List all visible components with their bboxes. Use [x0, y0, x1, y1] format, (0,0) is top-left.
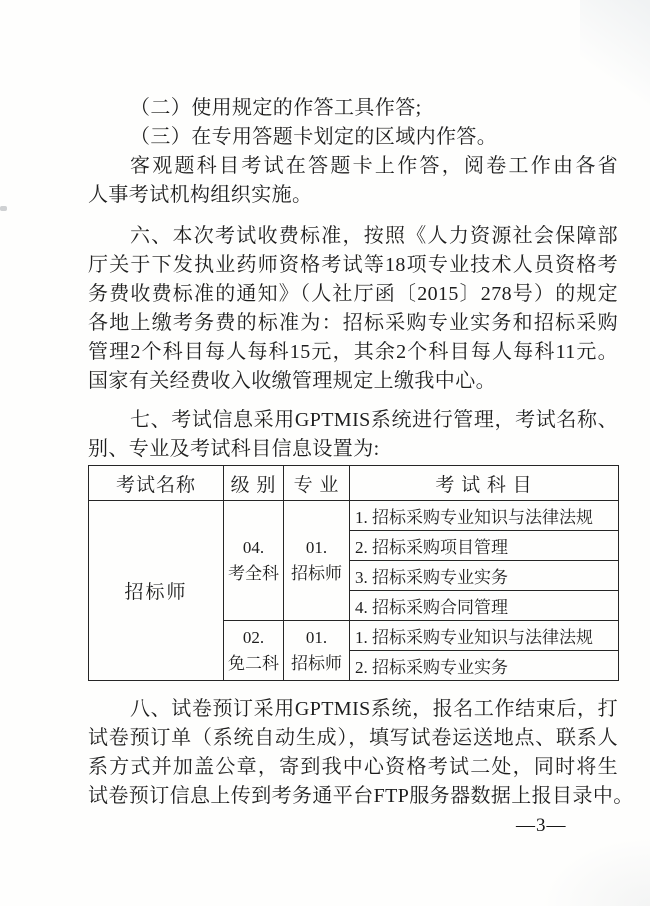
subject-cell: 4. 招标采购合同管理 — [350, 591, 619, 621]
text-line: （二）使用规定的作答工具作答; — [88, 94, 618, 123]
text-line: 厅关于下发执业药师资格考试等18项专业技术人员资格考试考 — [88, 251, 618, 280]
subject-cell: 2. 招标采购专业实务 — [350, 651, 619, 681]
text-line: 人事考试机构组织实施。 — [88, 181, 618, 210]
text-line: 六、本次考试收费标准，按照《人力资源社会保障部办公 — [88, 222, 618, 251]
subject-cell: 1. 招标采购专业知识与法律法规 — [350, 501, 619, 531]
table-header-row: 考试名称 级 别 专 业 考 试 科 目 — [89, 466, 619, 501]
col-header-level: 级 别 — [224, 466, 284, 501]
major-code: 01. — [284, 625, 349, 651]
paragraph-fee-standard: 六、本次考试收费标准，按照《人力资源社会保障部办公 厅关于下发执业药师资格考试等… — [88, 222, 618, 396]
major-name: 招标师 — [284, 651, 349, 677]
col-header-subjects: 考 试 科 目 — [350, 466, 619, 501]
level-code: 04. — [224, 535, 283, 561]
paragraph-answer-rules: （二）使用规定的作答工具作答; （三）在专用答题卡划定的区域内作答。 客观题科目… — [88, 94, 618, 210]
text-line: 系方式并加盖公章，寄到我中心资格考试二处，同时将生成的 — [88, 753, 618, 782]
level-name: 考全科 — [224, 561, 283, 587]
document-content: （二）使用规定的作答工具作答; （三）在专用答题卡划定的区域内作答。 客观题科目… — [88, 94, 618, 811]
major-cell-group1: 01. 招标师 — [284, 501, 350, 621]
level-code: 02. — [224, 625, 283, 651]
text-line: （三）在专用答题卡划定的区域内作答。 — [88, 123, 618, 152]
scan-artifact-left-edge — [0, 206, 7, 211]
subject-cell: 3. 招标采购专业实务 — [350, 561, 619, 591]
subject-cell: 1. 招标采购专业知识与法律法规 — [350, 621, 619, 651]
major-name: 招标师 — [284, 561, 349, 587]
scan-artifact-bottom-right — [540, 836, 650, 906]
col-header-major: 专 业 — [284, 466, 350, 501]
text-line: 客观题科目考试在答题卡上作答，阅卷工作由各省(区、市) — [88, 152, 618, 181]
text-line: 管理2个科目每人每科15元，其余2个科目每人每科11元。请按 — [88, 338, 618, 367]
table-row: 招标师 04. 考全科 01. 招标师 1. 招标采购专业知识与法律法规 — [89, 501, 619, 531]
text-line: 务费收费标准的通知》（人社厅函〔2015〕278号）的规定执行， — [88, 280, 618, 309]
major-cell-group2: 01. 招标师 — [284, 621, 350, 681]
paragraph-exam-info: 七、考试信息采用GPTMIS系统进行管理，考试名称、级 别、专业及考试科目信息设… — [88, 406, 618, 464]
level-name: 免二科 — [224, 651, 283, 677]
major-code: 01. — [284, 535, 349, 561]
col-header-exam-name: 考试名称 — [89, 466, 224, 501]
exam-name-cell: 招标师 — [89, 501, 224, 681]
level-cell-group2: 02. 免二科 — [224, 621, 284, 681]
level-cell-group1: 04. 考全科 — [224, 501, 284, 621]
text-line: 别、专业及考试科目信息设置为: — [88, 435, 618, 464]
text-line: 试卷预订单（系统自动生成），填写试卷运送地点、联系人和联 — [88, 724, 618, 753]
text-line: 各地上缴考务费的标准为：招标采购专业实务和招标采购合同 — [88, 309, 618, 338]
text-line: 八、试卷预订采用GPTMIS系统，报名工作结束后，打印 — [88, 695, 618, 724]
page-number: —3— — [516, 815, 567, 837]
text-line: 试卷预订信息上传到考务通平台FTP服务器数据上报目录中。 — [88, 782, 618, 811]
text-line: 七、考试信息采用GPTMIS系统进行管理，考试名称、级 — [88, 406, 618, 435]
subject-cell: 2. 招标采购项目管理 — [350, 531, 619, 561]
paragraph-paper-order: 八、试卷预订采用GPTMIS系统，报名工作结束后，打印 试卷预订单（系统自动生成… — [88, 695, 618, 811]
document-page: （二）使用规定的作答工具作答; （三）在专用答题卡划定的区域内作答。 客观题科目… — [0, 0, 650, 906]
text-line: 国家有关经费收入收缴管理规定上缴我中心。 — [88, 367, 618, 396]
exam-subjects-table: 考试名称 级 别 专 业 考 试 科 目 招标师 04. 考全科 — [88, 465, 619, 681]
